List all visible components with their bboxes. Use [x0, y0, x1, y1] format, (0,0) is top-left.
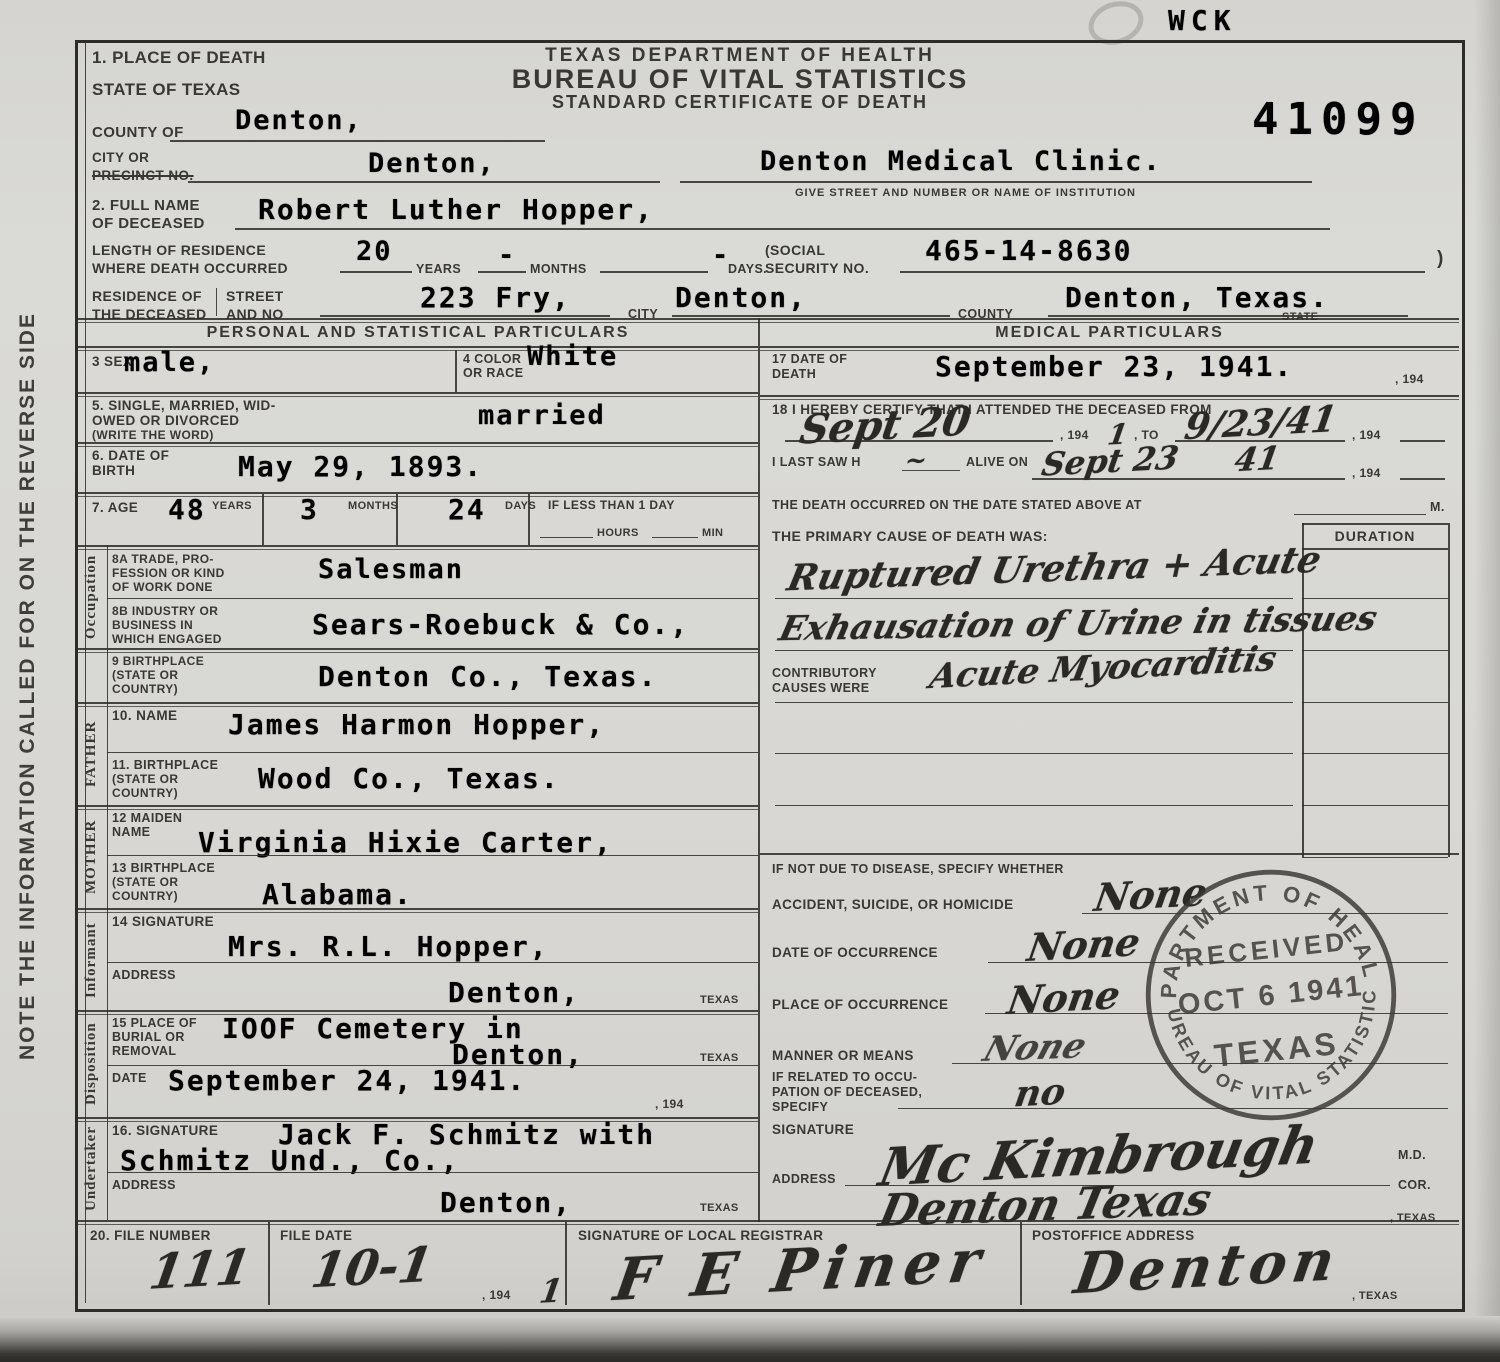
min-line [652, 537, 698, 538]
f11-label-3: COUNTRY) [112, 786, 178, 800]
cause-line-4 [775, 753, 1293, 754]
death-occurred-line [1294, 514, 1426, 515]
sep-8a-8b [107, 598, 758, 599]
footer-divider-1 [268, 1222, 270, 1305]
attended-from-line [785, 440, 1053, 442]
scan-right-shadow [1474, 0, 1500, 1362]
f13-label-3: COUNTRY) [112, 889, 178, 903]
last-saw-194: , 194 [1352, 466, 1381, 480]
f10-label: 10. NAME [112, 708, 177, 723]
informant-texas-label: TEXAS [700, 994, 739, 1006]
city-line [188, 181, 660, 183]
age-years-value: 48 [168, 493, 206, 526]
burial-texas-label: TEXAS [700, 1052, 739, 1064]
duration-row-2 [1302, 650, 1448, 651]
father-name-value: James Harmon Hopper, [228, 708, 605, 741]
f8b-label-3: WHICH ENGAGED [112, 632, 222, 646]
last-saw-blank-line [902, 470, 960, 471]
ssn-line [900, 271, 1425, 273]
cause-line-5 [775, 805, 1293, 806]
fullname-label-2: OF DECEASED [92, 215, 205, 232]
primary-cause-label: THE PRIMARY CAUSE OF DEATH WAS: [772, 528, 1048, 544]
f8a-label-1: 8A TRADE, PRO- [112, 552, 214, 566]
burial-194-label: , 194 [655, 1097, 684, 1111]
file-number-hand: 111 [146, 1239, 255, 1301]
residence-years-value: 20 [356, 236, 393, 267]
related-label-3: SPECIFY [772, 1100, 828, 1114]
years-label: YEARS [416, 262, 461, 276]
residence-county-line [1048, 315, 1408, 317]
side-label-occupation: Occupation [83, 548, 100, 646]
sep-14-addr [107, 962, 758, 963]
street-value: 223 Fry, [420, 281, 571, 314]
sep-after-marital [78, 442, 758, 447]
cause-line-3 [775, 702, 1293, 703]
burial-date-value: September 24, 1941. [168, 1064, 526, 1097]
stamp-received: RECEIVED [1183, 926, 1350, 973]
duration-row-5 [1302, 805, 1448, 806]
years-line [340, 271, 412, 273]
personal-section-title: PERSONAL AND STATISTICAL PARTICULARS [78, 324, 758, 342]
occupation-value: Salesman [318, 554, 464, 585]
f8b-label-1: 8B INDUSTRY OR [112, 604, 218, 618]
f16-label: 16. SIGNATURE [112, 1123, 218, 1138]
residence-label-2: WHERE DEATH OCCURRED [92, 260, 288, 276]
footer-top-rule [78, 1220, 1459, 1225]
f9-label-2: (STATE OR [112, 668, 178, 682]
street-label-1: STREET [226, 288, 284, 304]
marital-label-3: (WRITE THE WORD) [92, 428, 214, 442]
attended-to-dash-line [1400, 440, 1445, 442]
marital-value: married [478, 400, 606, 431]
residence-brace [216, 288, 217, 316]
header-bottom-rule [78, 318, 1459, 323]
f12-label-2: NAME [112, 825, 150, 839]
side-label-undertaker: Undertaker [83, 1120, 100, 1218]
cor-label: COR. [1398, 1178, 1431, 1192]
city-value: Denton, [368, 148, 496, 179]
residence-label-1: LENGTH OF RESIDENCE [92, 242, 266, 258]
age-divider-1 [262, 494, 264, 545]
informant-city-value: Denton, [448, 976, 580, 1009]
state-of-texas-label: STATE OF TEXAS [92, 80, 241, 100]
contributory-label-1: CONTRIBUTORY [772, 666, 877, 680]
color-label-2: OR RACE [463, 366, 523, 380]
dob-value: May 29, 1893. [238, 450, 483, 483]
undertaker-city-value: Denton, [440, 1186, 572, 1219]
attended-from-hand: Sept 20 [796, 397, 974, 453]
fullname-value: Robert Luther Hopper, [258, 193, 654, 226]
f8a-label-3: OF WORK DONE [112, 580, 213, 594]
side-label-informant: Informant [83, 911, 100, 1009]
sep-after-age [78, 545, 758, 550]
city-or-label: CITY OR [92, 150, 149, 165]
hours-line [540, 537, 593, 538]
duration-row-4 [1302, 753, 1448, 754]
side-label-father: FATHER [83, 705, 100, 803]
certificate-number: 41099 [1252, 94, 1424, 145]
f15-label-1: 15 PLACE OF [112, 1016, 197, 1030]
physician-address-label: ADDRESS [772, 1172, 836, 1186]
industry-value: Sears-Roebuck & Co., [312, 608, 689, 641]
f15-label-3: REMOVAL [112, 1044, 176, 1058]
residence-city-line [672, 315, 950, 317]
burial-date-label: DATE [112, 1071, 147, 1085]
column-divider [758, 318, 760, 1222]
sep-12-13 [107, 855, 758, 856]
f15-label-2: BURIAL OR [112, 1030, 185, 1044]
age-days-label: DAYS [505, 500, 536, 512]
f14-label: 14 SIGNATURE [112, 914, 214, 929]
last-saw-label-2: ALIVE ON [966, 455, 1028, 469]
side-label-mother: MOTHER [83, 808, 100, 906]
contributory-label-2: CAUSES WERE [772, 681, 869, 695]
birthplace-value: Denton Co., Texas. [318, 660, 657, 693]
age-days-value: 24 [448, 493, 486, 526]
sex-color-divider [455, 350, 457, 392]
duration-box-right [1448, 523, 1450, 857]
dob-label-2: BIRTH [92, 463, 135, 478]
informant-signature-value: Mrs. R.L. Hopper, [228, 930, 549, 963]
informant-address-label: ADDRESS [112, 968, 176, 982]
sep-after-sex [78, 392, 758, 397]
residence-county-value: Denton, Texas. [1065, 281, 1329, 314]
residence-of-label-1: RESIDENCE OF [92, 288, 202, 304]
postoffice-texas-label: , TEXAS [1352, 1290, 1398, 1302]
wck-annotation: WCK [1168, 4, 1237, 37]
age-months-value: 3 [300, 493, 319, 526]
color-value: White [527, 341, 618, 372]
attended-from-194: , 194 [1060, 428, 1089, 442]
accident-label: ACCIDENT, SUICIDE, OR HOMICIDE [772, 897, 1014, 912]
f11-label-1: 11. BIRTHPLACE [112, 758, 218, 772]
undertaker-address-label: ADDRESS [112, 1178, 176, 1192]
md-label: M.D. [1398, 1148, 1426, 1162]
mother-birthplace-value: Alabama. [262, 878, 413, 911]
side-label-disposition: Disposition [83, 1013, 100, 1115]
street-line [320, 315, 610, 317]
ssn-label-2: SECURITY NO. [765, 260, 869, 276]
duration-header-rule [1302, 548, 1448, 550]
duration-row-3 [1302, 702, 1448, 703]
county-value: Denton, [235, 105, 363, 136]
fullname-line [235, 228, 1330, 230]
age-months-label: MONTHS [348, 500, 398, 512]
file-number-label: 20. FILE NUMBER [90, 1228, 211, 1243]
institution-value: Denton Medical Clinic. [760, 146, 1162, 177]
residence-city-value: Denton, [675, 281, 807, 314]
last-saw-label-1: I LAST SAW H [772, 455, 861, 469]
manner-label: MANNER OR MEANS [772, 1048, 914, 1063]
death-date-194: , 194 [1395, 372, 1424, 386]
min-label: MIN [702, 527, 723, 539]
related-label-1: IF RELATED TO OCCU- [772, 1070, 917, 1084]
death-certificate-scan: WCK NOTE THE INFORMATION CALLED FOR ON T… [0, 0, 1500, 1362]
f8a-label-2: FESSION OR KIND [112, 566, 225, 580]
related-label-2: PATION OF DECEASED, [772, 1085, 922, 1099]
place-occurrence-hand: None [1004, 972, 1123, 1023]
sep-after-17 [760, 395, 1459, 400]
fullname-label-1: 2. FULL NAME [92, 197, 200, 214]
attended-to-194: , 194 [1352, 428, 1381, 442]
marital-label-1: 5. SINGLE, MARRIED, WID- [92, 398, 276, 413]
sep-after-13 [78, 908, 758, 913]
hours-label: HOURS [597, 527, 639, 539]
if-less-label: IF LESS THAN 1 DAY [548, 498, 675, 512]
color-label-1: 4 COLOR [463, 352, 521, 366]
f13-label-2: (STATE OR [112, 875, 178, 889]
received-stamp: DEPARTMENT OF HEALTH BUREAU OF VITAL STA… [1112, 836, 1431, 1155]
age-divider-3 [528, 494, 530, 545]
dob-label-1: 6. DATE OF [92, 448, 169, 463]
f8b-label-2: BUSINESS IN [112, 618, 193, 632]
age-years-label: YEARS [212, 500, 252, 512]
f13-label-1: 13 BIRTHPLACE [112, 861, 215, 875]
father-birthplace-value: Wood Co., Texas. [258, 762, 560, 795]
precinct-no-label: PRECINCT NO. [92, 168, 194, 183]
ssn-close-paren: ) [1437, 248, 1444, 270]
last-saw-line [1032, 478, 1345, 480]
ssn-value: 465-14-8630 [925, 234, 1132, 267]
sep-after-8b [78, 648, 758, 653]
scan-bottom-edge [0, 1316, 1500, 1362]
cause-line-1 [775, 598, 1293, 599]
sex-value: male, [124, 347, 215, 378]
months-label: MONTHS [530, 262, 587, 276]
bureau-title: BUREAU OF VITAL STATISTICS [430, 64, 1050, 95]
footer-divider-3 [1020, 1222, 1022, 1305]
f9-label-3: COUNTRY) [112, 682, 178, 696]
days-label: DAYS. [728, 262, 767, 276]
m-label: M. [1430, 500, 1445, 514]
sep-after-11 [78, 805, 758, 810]
f12-label-1: 12 MAIDEN [112, 811, 182, 825]
file-date-194: , 194 [482, 1288, 511, 1302]
days-line [600, 271, 708, 273]
county-of-label: COUNTY OF [92, 124, 184, 141]
institution-line [680, 181, 1312, 183]
months-dash: - [498, 240, 516, 271]
sep-10-11 [107, 752, 758, 753]
stamp-date: OCT 6 1941 [1176, 970, 1365, 1021]
duration-box-top [1302, 523, 1448, 525]
f9-label-1: 9 BIRTHPLACE [112, 654, 204, 668]
if-not-disease-label: IF NOT DUE TO DISEASE, SPECIFY WHETHER [772, 862, 1064, 876]
f17-label-2: DEATH [772, 367, 816, 381]
age-label: 7. AGE [92, 500, 138, 515]
death-occurred-label: THE DEATH OCCURRED ON THE DATE STATED AB… [772, 498, 1142, 512]
county-line [170, 140, 545, 142]
marital-label-2: OWED OR DIVORCED [92, 413, 239, 428]
medical-section-title: MEDICAL PARTICULARS [760, 324, 1459, 342]
last-saw-year-hand: 41 [1232, 439, 1283, 480]
months-line [478, 271, 526, 273]
file-date-hand: 10-1 [308, 1237, 437, 1300]
place-occurrence-label: PLACE OF OCCURRENCE [772, 997, 948, 1012]
sep-16-addr [107, 1172, 758, 1173]
last-saw-dash-line [1400, 478, 1445, 480]
f17-label-1: 17 DATE OF [772, 352, 847, 366]
place-of-death-label: 1. PLACE OF DEATH [92, 48, 266, 68]
standard-cert-title: STANDARD CERTIFICATE OF DEATH [430, 92, 1050, 113]
f11-label-2: (STATE OR [112, 772, 178, 786]
death-date-value: September 23, 1941. [935, 350, 1293, 383]
physician-signature-label: SIGNATURE [772, 1122, 854, 1137]
age-divider-2 [396, 494, 398, 545]
footer-divider-2 [565, 1222, 567, 1305]
sep-after-9 [78, 702, 758, 707]
last-saw-date-hand: Sept 23 [1039, 438, 1181, 484]
institution-hint: GIVE STREET AND NUMBER OR NAME OF INSTIT… [795, 187, 1136, 199]
undertaker-texas-label: TEXAS [700, 1202, 739, 1214]
date-occurrence-label: DATE OF OCCURRENCE [772, 945, 938, 960]
ssn-label-1: (SOCIAL [765, 242, 825, 258]
margin-note: NOTE THE INFORMATION CALLED FOR ON THE R… [16, 248, 50, 1060]
